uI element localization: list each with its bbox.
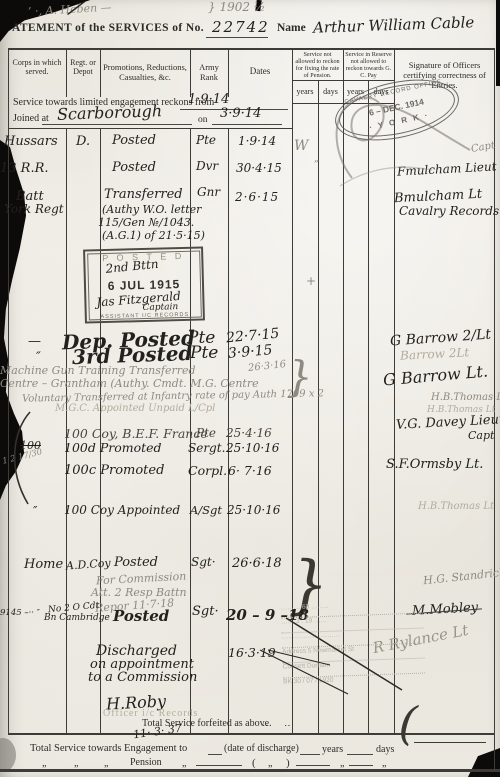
row-corps: Home bbox=[24, 557, 63, 572]
row-date: 25·10·16 bbox=[227, 503, 280, 517]
discharge-address-stamp: ……… 60 ……‥ …… 3 . 19 …… ……………………… Addres… bbox=[280, 599, 425, 693]
signature: Fmulcham Lieut bbox=[397, 159, 497, 178]
col-header-promotions: Promotions, Reductions, Casualties, &c. bbox=[102, 62, 188, 82]
row-unit-line2: Bn Cambridge bbox=[44, 613, 110, 623]
blank-line bbox=[347, 754, 373, 755]
row-authority-line1: (Authy W.O. letter bbox=[102, 203, 201, 216]
row-rank: Sgt· bbox=[191, 555, 216, 569]
blank-line bbox=[296, 765, 330, 766]
forfeited-dots: … bbox=[262, 718, 272, 729]
signature-faint: Barrow 2Lt bbox=[400, 345, 470, 363]
margin-dash-mark: — bbox=[28, 334, 41, 349]
row-promotion: 100 Coy Appointed bbox=[64, 503, 180, 517]
joined-date-underline bbox=[212, 124, 282, 125]
days-label: days bbox=[376, 744, 394, 755]
footer-heavy-rule-top bbox=[8, 733, 494, 735]
row-corps: Hussars bbox=[4, 134, 58, 149]
col-header-dates: Dates bbox=[228, 66, 292, 76]
ditto-mark: „ bbox=[104, 758, 108, 769]
signature-faint: H.B.Thomas Lt bbox=[418, 501, 494, 512]
margin-note: 9145 –·· ″ bbox=[0, 608, 40, 618]
row-authority-line3: (A.G.1) of 21·5·15) bbox=[102, 229, 205, 242]
col-header-rank: Army Rank bbox=[190, 62, 228, 82]
posted-box-stamp: P O S T E D 2nd Bttn 6 JUL 1915 Jas Fitz… bbox=[83, 246, 205, 323]
col-header-corps: Corps in which served. bbox=[9, 58, 65, 76]
row-rank: Gnr bbox=[197, 185, 220, 199]
ditto-mark: „ bbox=[42, 758, 46, 769]
row-date: 26·6·18 bbox=[232, 556, 282, 571]
discharged-line3: to a Commission bbox=[88, 670, 197, 685]
row-promotion: Posted bbox=[113, 607, 169, 625]
ditto-mark: „ bbox=[268, 758, 272, 769]
name-value: Arthur William Cable bbox=[313, 13, 475, 37]
row-date: 30·4·15 bbox=[236, 161, 282, 175]
row-promotion: Posted bbox=[114, 555, 158, 570]
row-date: 3·9·15 bbox=[227, 342, 273, 362]
margin-ditto-mark: ″ bbox=[33, 504, 37, 518]
row-rank: A/Sgt bbox=[190, 503, 222, 517]
row-promotion: 100d Promoted bbox=[64, 440, 162, 455]
paren-open: ( bbox=[252, 757, 256, 769]
joined-place-value: Scarborough bbox=[57, 101, 163, 124]
footer-heavy-rule-bottom bbox=[0, 769, 500, 772]
years-label: years bbox=[322, 744, 343, 755]
margin-ditto-mark: ″ bbox=[36, 350, 41, 365]
ditto-mark: „ bbox=[340, 758, 344, 769]
signature-rank: Capt bbox=[468, 429, 494, 442]
row-rank: Pte bbox=[196, 133, 216, 147]
torn-corner-bottom-right bbox=[468, 748, 500, 777]
col-header-regt: Regt. or Depot bbox=[67, 58, 99, 76]
table-top-rule bbox=[8, 48, 495, 50]
signature: G Barrow Lt. bbox=[382, 361, 488, 389]
cavalry-record-office-stamp: CAVALRY RECORD OFFICE 6 – DEC. 1914 · Y … bbox=[330, 70, 465, 151]
joined-place-underline bbox=[42, 124, 192, 125]
col-subheader-pension-years: years bbox=[292, 87, 318, 96]
signature-pencil: H.G. Standrick bbox=[423, 566, 500, 588]
torn-edge-top-right bbox=[496, 0, 500, 86]
pension-subheader-rule bbox=[292, 80, 394, 81]
date-of-discharge-label: (date of discharge) bbox=[224, 743, 299, 754]
row-promotion: Posted bbox=[112, 160, 156, 175]
pencil-mg-line4: M.G.C. Appointed Unpaid L/Cpl bbox=[55, 403, 215, 414]
name-label: Name bbox=[277, 22, 306, 34]
col-line-regt-header bbox=[100, 48, 101, 97]
signature: S.F.Ormsby Lt. bbox=[386, 457, 483, 472]
engagement-bottom-rule bbox=[8, 128, 292, 129]
pencil-commission-line1: For Commission bbox=[96, 570, 187, 588]
joined-on-label: on bbox=[198, 115, 208, 125]
service-number-value: 22742 bbox=[212, 18, 270, 36]
row-date: 16·3·19 bbox=[228, 645, 276, 660]
signature-unit: Cavalry Records bbox=[399, 204, 499, 218]
col-header-reserve: Service in Reserve not allowed to reckon… bbox=[344, 51, 393, 79]
row-rank: Dvr bbox=[196, 159, 218, 173]
row-promotion: 100c Promoted bbox=[64, 463, 164, 478]
ditto-mark: „ bbox=[182, 758, 186, 769]
row-corps-line2: York Regt bbox=[4, 202, 64, 216]
blank-line bbox=[300, 754, 320, 755]
pencil-footer-date: 11· 3· 37 bbox=[132, 722, 182, 742]
service-number-underline bbox=[206, 37, 268, 38]
row-rank: Corpl. bbox=[188, 463, 227, 478]
service-record-sheet: ’ ·, A. Heben — } 1902 ½ ⁄ ATEMENT of th… bbox=[0, 0, 500, 777]
ditto-mark: „ bbox=[74, 758, 78, 769]
forfeited-dots: ‥ bbox=[284, 718, 291, 729]
row-date: 1·9·14 bbox=[238, 134, 276, 148]
blank-line bbox=[349, 765, 373, 766]
joined-at-label: Joined at bbox=[13, 113, 49, 124]
row-promotion: Transferred bbox=[104, 187, 183, 202]
ditto-mark: „ bbox=[382, 758, 386, 769]
row-rank: Pte bbox=[190, 343, 218, 363]
engagement-reckons-date: 1·9·14 bbox=[188, 92, 229, 107]
pencil-mg-line2: Centre – Grantham (Authy. Cmdt. M.G. Cen… bbox=[0, 377, 259, 390]
row-corps: 13 R.R. bbox=[0, 161, 49, 176]
pension-label: Pension bbox=[130, 757, 162, 768]
pencil-small-mark: „ bbox=[314, 153, 319, 164]
row-promotion: Posted bbox=[112, 133, 156, 148]
pencil-mg-date: 26·3·16 bbox=[248, 359, 287, 374]
row-rank: Sgt· bbox=[192, 604, 219, 619]
signature-pencil: H.B.Thomas Lt bbox=[431, 392, 500, 403]
pencil-plus-mark: + bbox=[306, 274, 316, 288]
row-authority-line2: 115/Gen №/1043. bbox=[98, 216, 194, 229]
footer-right-line bbox=[414, 742, 486, 743]
row-date: 25·10·16 bbox=[226, 441, 279, 455]
row-date: 25·4·16 bbox=[226, 426, 272, 440]
pencil-top-right-note: } 1902 ½ bbox=[208, 0, 265, 14]
blank-line bbox=[208, 754, 222, 755]
row-regt: A.D.Coy bbox=[66, 556, 111, 572]
engagement-total-label: Total Service towards Engagement to bbox=[30, 743, 187, 754]
row-rank: Sergt. bbox=[188, 441, 225, 455]
col-header-pension: Service not allowed to reckon for fixing… bbox=[293, 51, 342, 79]
row-date: 2·6·15 bbox=[235, 190, 279, 204]
joined-date-value: 3·9·14 bbox=[220, 106, 261, 121]
row-rank: Pte bbox=[196, 426, 216, 440]
row-date: 6· 7·16 bbox=[228, 463, 272, 478]
paren-close: ) bbox=[286, 757, 290, 769]
table-left-border bbox=[8, 48, 9, 734]
smudge-bottom-left bbox=[0, 738, 16, 772]
pencil-brace: } bbox=[286, 352, 313, 401]
blank-line bbox=[196, 765, 242, 766]
row-regt: D. bbox=[76, 134, 90, 149]
row-promotion: 100 Coy, B.E.F. France bbox=[64, 426, 208, 441]
signature: Capt bbox=[470, 140, 496, 155]
pencil-w-mark: W bbox=[294, 138, 308, 154]
form-title: ATEMENT of the SERVICES of No. bbox=[12, 22, 204, 34]
pencil-mg-line1: Machine Gun Training Transferred bbox=[0, 364, 196, 377]
